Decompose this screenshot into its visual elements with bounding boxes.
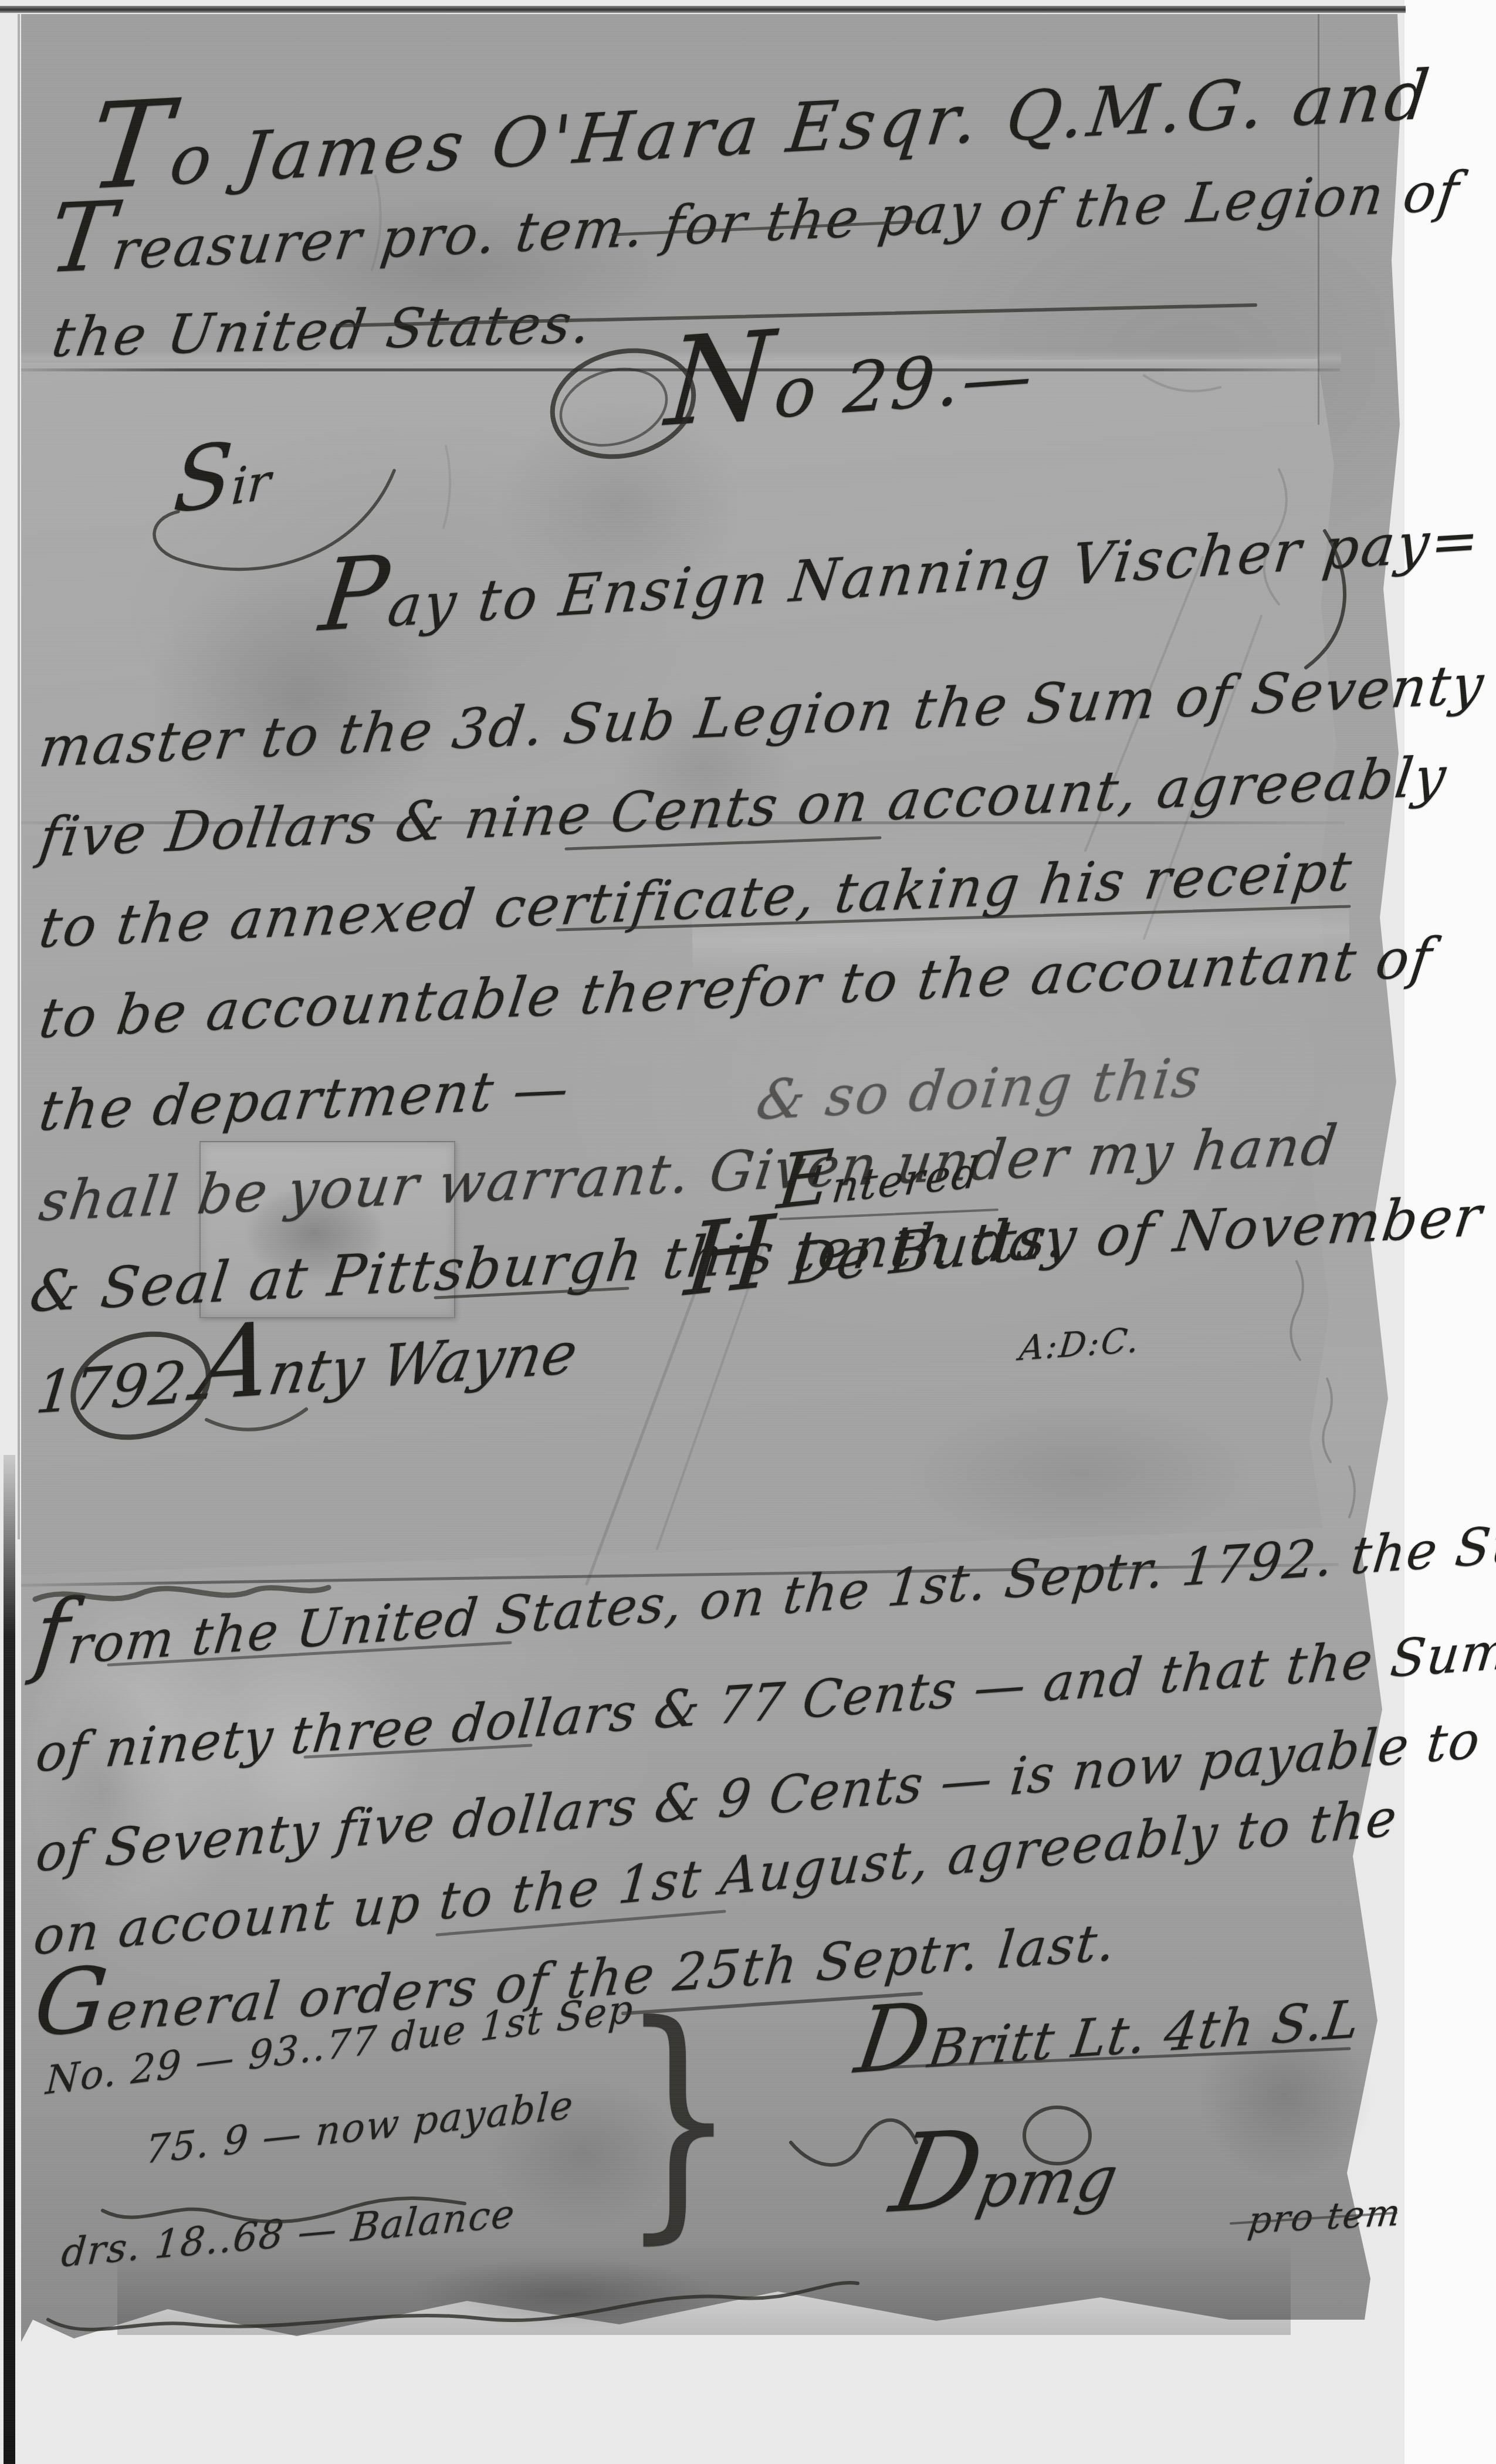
signature-dpmg: Dpmg <box>885 2142 1125 2226</box>
account-brace: } <box>621 2005 736 2232</box>
scan-edge-top <box>0 6 1406 13</box>
document-scan: To James O'Hara Esqr. Q.M.G. and Treasur… <box>0 0 1496 2464</box>
paper-left-edge-shadow <box>18 14 20 1539</box>
signature-dpmg-suffix: pro tem <box>1245 2191 1403 2242</box>
scan-edge-left-dark <box>4 1455 15 2464</box>
scanned-manuscript-page: { "header": { "line1": "To James O'Hara … <box>0 0 1496 2464</box>
warrant-date-year: 1792 <box>33 1349 191 1427</box>
